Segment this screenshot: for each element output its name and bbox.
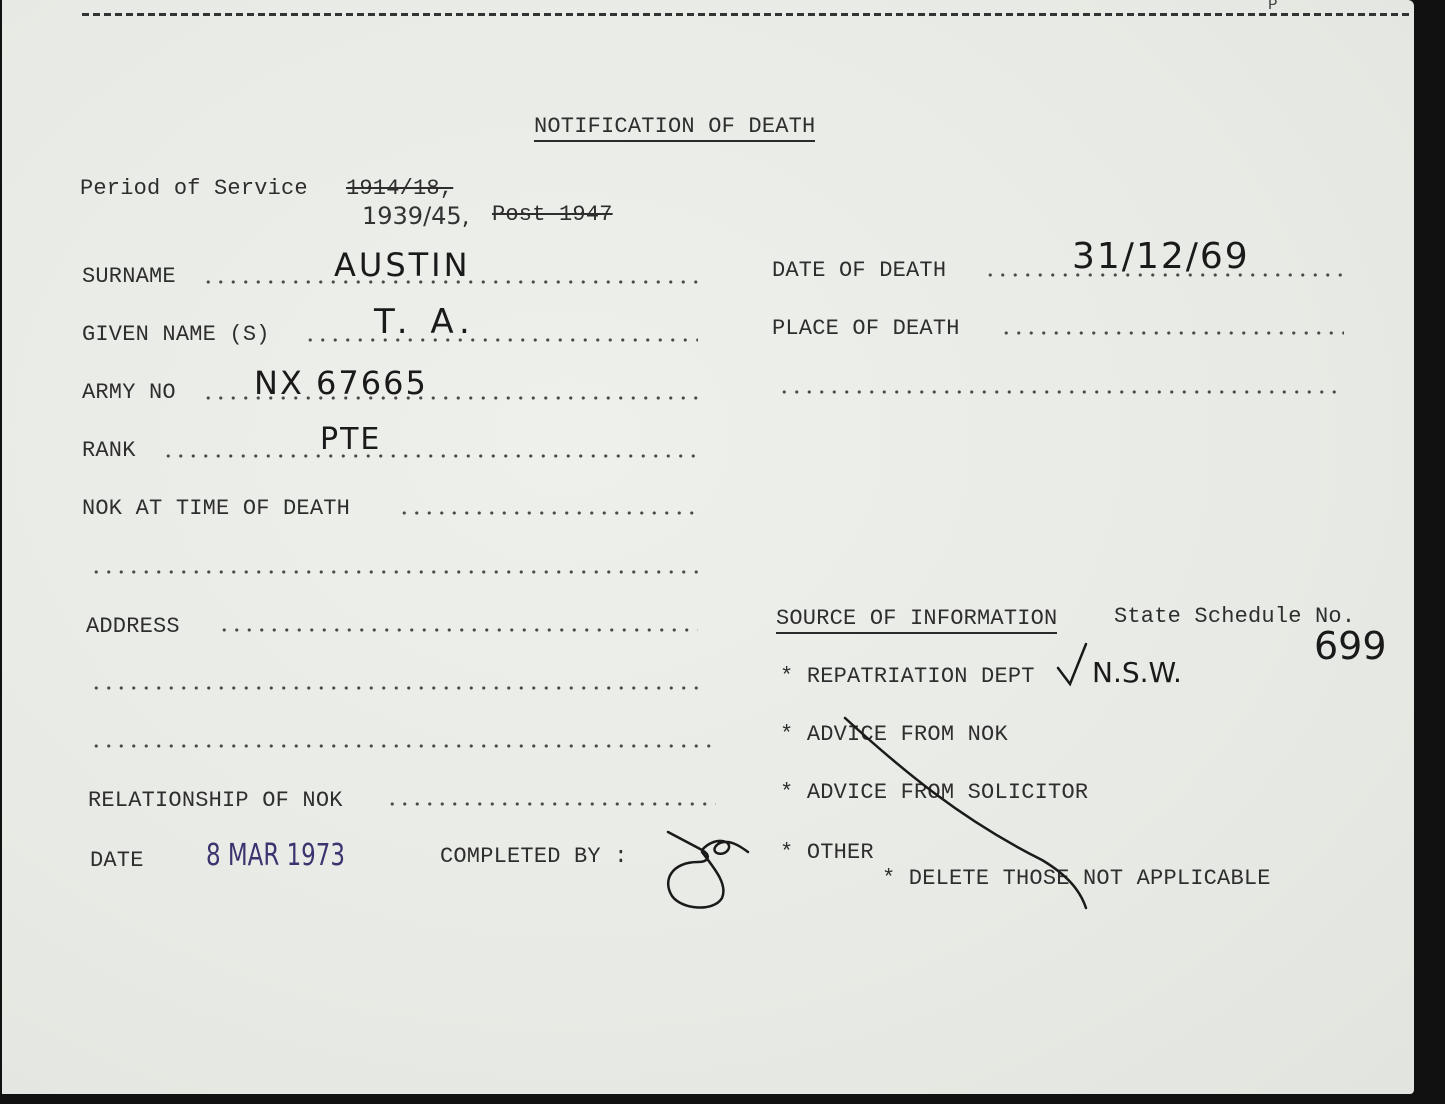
signature-icon (668, 832, 748, 908)
period-of-service-label: Period of Service (80, 176, 308, 201)
nok-line-2 (90, 570, 698, 574)
date-of-death-value: 31/12/69 (1072, 236, 1250, 277)
address-line-1 (218, 628, 698, 632)
nok-line-1 (398, 511, 698, 515)
period-option-post-1947: Post 1947 (492, 202, 613, 227)
date-stamp: 8 MAR 1973 (206, 838, 345, 873)
source-heading: SOURCE OF INFORMATION (776, 606, 1057, 634)
source-option-repatriation: * REPATRIATION DEPT (780, 664, 1035, 689)
place-of-death-line-1 (1000, 331, 1344, 335)
perforation-rule (82, 13, 1412, 16)
source-option-other: * OTHER (780, 840, 874, 865)
source-option-label: ADVICE FROM NOK (807, 722, 1008, 747)
source-option-advice-nok: * ADVICE FROM NOK (780, 722, 1008, 747)
given-names-value: T. A. (374, 302, 476, 342)
rank-value: PTE (320, 422, 381, 457)
source-option-advice-solicitor: * ADVICE FROM SOLICITOR (780, 780, 1088, 805)
corner-mark: P (1268, 0, 1278, 14)
relationship-line (386, 802, 716, 806)
rank-line (162, 454, 698, 458)
pen-marks (2, 0, 1445, 1104)
nok-label: NOK AT TIME OF DEATH (82, 496, 350, 521)
source-option-label: REPATRIATION DEPT (807, 664, 1035, 689)
period-option-1914-18: 1914/18, (346, 176, 453, 201)
address-line-2 (90, 686, 698, 690)
surname-label: SURNAME (82, 264, 176, 289)
address-label: ADDRESS (86, 614, 180, 639)
given-names-label: GIVEN NAME (S) (82, 322, 270, 347)
army-no-label: ARMY NO (82, 380, 176, 405)
date-of-death-label: DATE OF DEATH (772, 258, 946, 283)
date-label: DATE (90, 848, 144, 873)
bullet-asterisk: * (780, 840, 793, 865)
army-no-value: NX 67665 (254, 364, 428, 402)
given-names-line (304, 338, 698, 342)
place-of-death-line-2 (778, 390, 1344, 394)
check-mark-icon (1058, 644, 1086, 684)
relationship-label: RELATIONSHIP OF NOK (88, 788, 343, 813)
form-title: NOTIFICATION OF DEATH (534, 114, 815, 142)
source-option-label: ADVICE FROM SOLICITOR (807, 780, 1088, 805)
completed-by-label: COMPLETED BY : (440, 844, 628, 869)
rank-label: RANK (82, 438, 136, 463)
surname-value: AUSTIN (334, 246, 471, 284)
bullet-asterisk: * (780, 780, 793, 805)
schedule-number: 699 (1314, 624, 1387, 668)
source-option-label: OTHER (807, 840, 874, 865)
bullet-asterisk: * (780, 664, 793, 689)
form-paper: P NOTIFICATION OF DEATH Period of Servic… (2, 0, 1414, 1094)
period-option-1939-45: 1939/45, (362, 202, 469, 230)
delete-note: * DELETE THOSE NOT APPLICABLE (882, 866, 1271, 891)
bullet-asterisk: * (780, 722, 793, 747)
address-line-3 (90, 744, 714, 748)
place-of-death-label: PLACE OF DEATH (772, 316, 960, 341)
repatriation-annotation: N.S.W. (1092, 656, 1182, 689)
